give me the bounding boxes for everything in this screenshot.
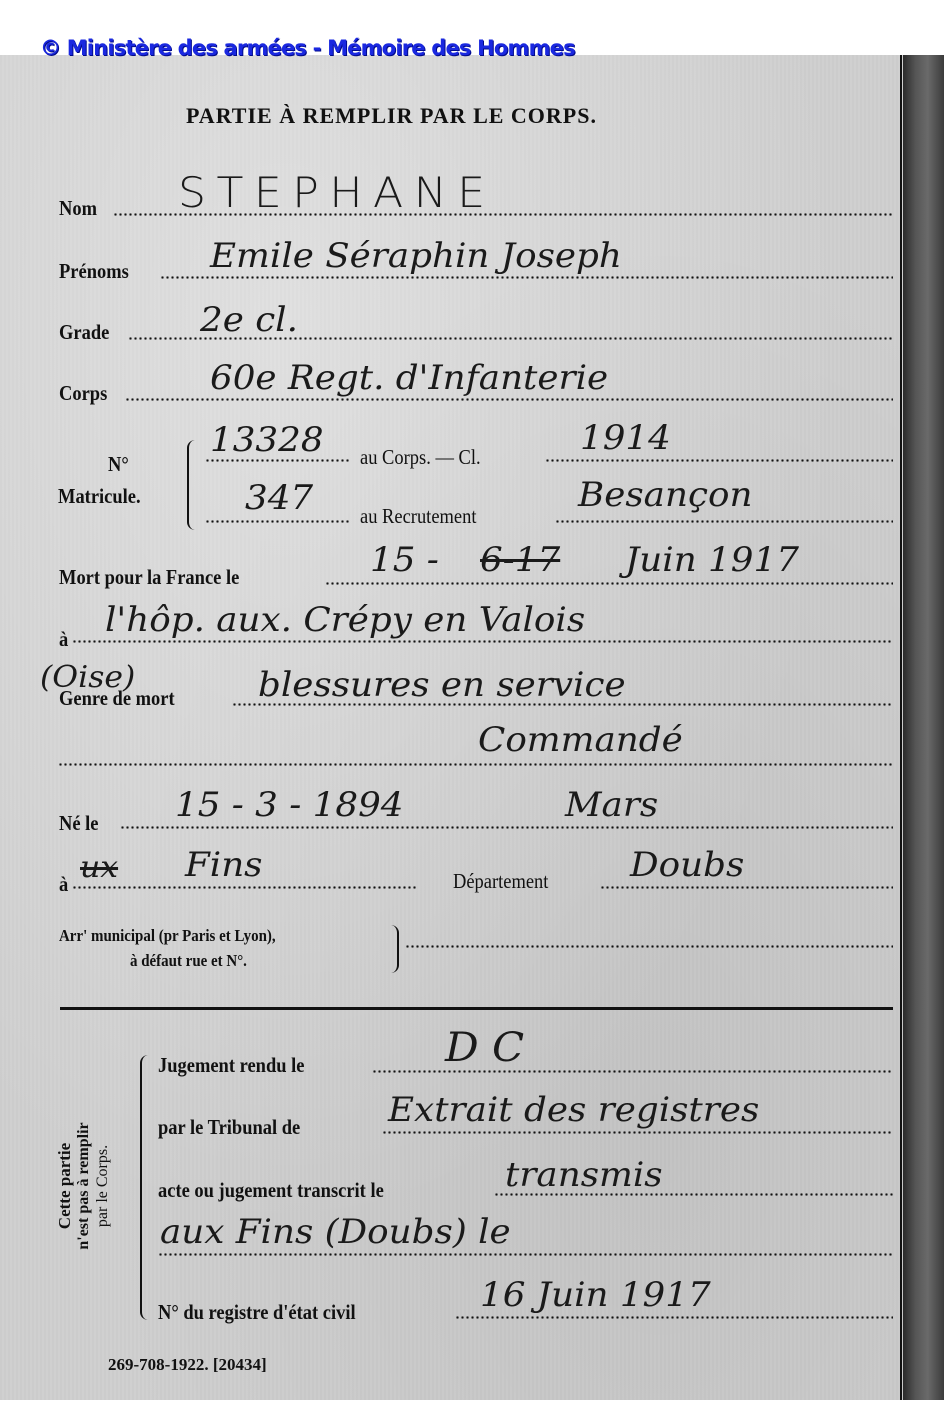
value-corps: 60e Regt. d'Infanterie [210,358,608,398]
label-arr-municipal: Arr' municipal (pr Paris et Lyon), [59,926,276,946]
page-edge [900,55,902,1400]
value-naissance-mois: Mars [565,785,658,825]
side-note: Cette partie n'est pas à remplir par le … [55,1056,112,1316]
label-corps: Corps [59,381,107,406]
label-transcrit: acte ou jugement transcrit le [158,1178,384,1203]
value-nom: STEPHANE [178,168,496,217]
value-matricule-recrutement: 347 [245,478,313,518]
value-tribunal: Extrait des registres [388,1090,759,1130]
label-registre: N° du registre d'état civil [158,1300,356,1325]
field-line-recrutement [555,520,893,523]
arr-brace [391,925,399,973]
printer-reference: 269-708-1922. [20434] [108,1355,267,1375]
label-au-corps: au Corps. — Cl. [360,445,481,470]
value-recrutement: Besançon [578,475,752,515]
value-jugement: D C [445,1025,524,1071]
label-matricule: Matricule. [58,484,141,509]
field-line-matricule-recrutement [205,520,350,523]
field-line-corps [125,398,893,401]
value-genre-mort: blessures en service [258,665,626,705]
value-transcrit: transmis [505,1155,663,1195]
binding-shadow [903,55,944,1400]
value-transcrit-2: aux Fins (Doubs) le [160,1212,511,1252]
value-lieu-naissance: Fins [185,845,263,885]
lower-section-brace [140,1055,150,1320]
field-line-tribunal [382,1131,893,1134]
section-divider [60,1007,893,1010]
field-line-mort [325,582,893,585]
value-prenoms: Emile Séraphin Joseph [210,236,622,276]
field-line-prenoms [160,276,893,279]
label-genre-de-mort: Genre de mort [59,686,175,711]
label-grade: Grade [59,320,109,345]
label-no: N° [108,452,129,477]
value-grade: 2e cl. [200,300,298,340]
value-lieu-mort: l'hôp. aux. Crépy en Valois [105,600,585,640]
value-registre: 16 Juin 1917 [480,1275,711,1315]
field-line-lieu-naissance [72,886,417,889]
field-line-classe [545,459,893,462]
value-matricule-corps: 13328 [210,420,324,460]
label-tribunal: par le Tribunal de [158,1115,300,1140]
field-line-departement [600,886,893,889]
field-line-genre-mort-2 [58,763,893,766]
label-nom: Nom [59,196,97,221]
value-mort-rest: Juin 1917 [625,540,799,580]
value-lieu-naissance-struck: ux [80,850,118,885]
value-classe: 1914 [580,418,671,458]
label-ne-le: Né le [59,811,99,836]
label-au-recrutement: au Recrutement [360,504,476,529]
label-a-defaut-rue: à défaut rue et N°. [130,951,247,971]
form-title: PARTIE À REMPLIR PAR LE CORPS. [186,103,597,129]
field-line-naissance [120,826,893,829]
label-a-lieu-naissance: à [59,872,68,897]
value-mort-struck: 6-17 [480,540,560,580]
label-jugement: Jugement rendu le [158,1053,304,1078]
field-line-registre [455,1316,893,1319]
value-departement: Doubs [630,845,744,885]
label-departement: Département [453,869,548,894]
matricule-brace [187,440,197,530]
label-mort-pour-la-france: Mort pour la France le [59,565,239,590]
value-naissance: 15 - 3 - 1894 [175,785,404,825]
label-a-lieu-mort: à [59,627,68,652]
value-mort-day: 15 - [370,540,439,580]
copyright-watermark: © Ministère des armées - Mémoire des Hom… [40,36,575,60]
label-prenoms: Prénoms [59,259,129,284]
value-genre-mort-2: Commandé [478,720,683,760]
field-line-arr-municipal [405,945,893,948]
field-line-lieu-mort [72,640,893,643]
field-line-transcrit-2 [158,1253,893,1256]
